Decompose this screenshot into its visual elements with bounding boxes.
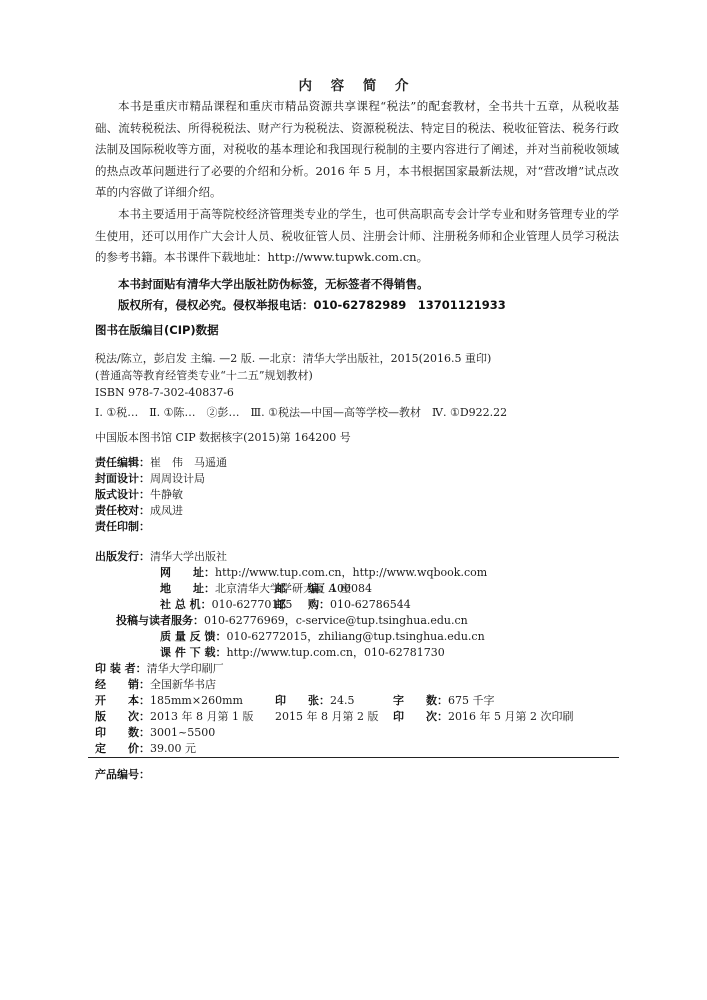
printer-label: 印 装 者： xyxy=(95,662,147,675)
intro-paragraph-2: 本书主要适用于高等院校经济管理类专业的学生，也可供高职高专会计学专业和财务管理专… xyxy=(95,204,619,269)
cip-heading: 图书在版编目(CIP)数据 xyxy=(95,322,619,338)
cip-title-line: 税法/陈立，彭启发 主编. —2 版. —北京：清华大学出版社，2015(201… xyxy=(95,350,619,367)
quality-feedback-label: 质 量 反 馈： xyxy=(160,630,227,643)
switchboard-row: 社 总 机：010-62770175 邮 购：010-62786544 xyxy=(95,597,619,613)
product-number-label: 产品编号： xyxy=(95,768,150,781)
intro-paragraph-1: 本书是重庆市精品课程和重庆市精品资源共享课程“税法”的配套教材，全书共十五章，从… xyxy=(95,96,619,204)
price-row: 定 价：39.00 元 xyxy=(95,741,619,757)
edition-value-2: 2015 年 8 月第 2 版 xyxy=(275,709,378,725)
courseware-label: 课 件 下 载： xyxy=(160,646,227,659)
impression-value: 2016 年 5 月第 2 次印刷 xyxy=(448,710,573,723)
staff-value: 崔 伟 马遥通 xyxy=(150,456,227,469)
address-row: 地 址：北京清华大学学研大厦 A 座 邮 编：100084 xyxy=(95,581,619,597)
intro-body: 本书是重庆市精品课程和重庆市精品资源共享课程“税法”的配套教材，全书共十五章，从… xyxy=(95,96,619,269)
sheets-value: 24.5 xyxy=(330,694,355,707)
mailorder-value: 010-62786544 xyxy=(330,598,411,611)
staff-label: 责任校对： xyxy=(95,504,150,517)
staff-value: 牛静敏 xyxy=(150,488,183,501)
staff-label: 封面设计： xyxy=(95,472,150,485)
quality-feedback-row: 质 量 反 馈：010-62772015，zhiliang@tup.tsingh… xyxy=(95,629,619,645)
staff-row-proofreader: 责任校对：成凤进 xyxy=(95,503,619,519)
staff-row-cover-design: 封面设计：周周设计局 xyxy=(95,471,619,487)
staff-row-layout-design: 版式设计：牛静敏 xyxy=(95,487,619,503)
mailorder-label: 邮 购： xyxy=(275,598,330,611)
reader-service-row: 投稿与读者服务：010-62776969，c-service@tup.tsing… xyxy=(95,613,619,629)
distributor-value: 全国新华书店 xyxy=(150,678,216,691)
warning-line-2: 版权所有，侵权必究。侵权举报电话：010-62782989 1370112193… xyxy=(95,295,619,316)
zip-value: 100084 xyxy=(330,582,372,595)
format-value: 185mm×260mm xyxy=(150,694,243,707)
printer-value: 清华大学印刷厂 xyxy=(147,662,224,675)
publisher-name: 清华大学出版社 xyxy=(150,550,227,563)
print-run-value: 3001~5500 xyxy=(150,726,215,739)
edition-row: 版 次：2013 年 8 月第 1 版 2015 年 8 月第 2 版 印 次：… xyxy=(95,709,619,725)
reader-service-label: 投稿与读者服务： xyxy=(116,614,204,627)
anti-piracy-notice: 本书封面贴有清华大学出版社防伪标签，无标签者不得销售。 版权所有，侵权必究。侵权… xyxy=(95,274,619,316)
cip-isbn: ISBN 978-7-302-40837-6 xyxy=(95,384,619,401)
impression-label: 印 次： xyxy=(393,710,448,723)
cip-record-block: 税法/陈立，彭启发 主编. —2 版. —北京：清华大学出版社，2015(201… xyxy=(95,350,619,401)
divider-rule xyxy=(88,757,619,758)
staff-label: 责任编辑： xyxy=(95,456,150,469)
price-value: 39.00 元 xyxy=(150,742,196,755)
staff-value: 周周设计局 xyxy=(150,472,205,485)
copyright-page: 内 容 简 介 本书是重庆市精品课程和重庆市精品资源共享课程“税法”的配套教材，… xyxy=(0,0,707,1000)
sheets-label: 印 张： xyxy=(275,694,330,707)
staff-row-print-supervisor: 责任印制： xyxy=(95,519,619,535)
switchboard-label: 社 总 机： xyxy=(160,598,212,611)
cip-series-line: (普通高等教育经管类专业“十二五”规划教材) xyxy=(95,367,619,384)
staff-credits: 责任编辑：崔 伟 马遥通 封面设计：周周设计局 版式设计：牛静敏 责任校对：成凤… xyxy=(95,455,619,535)
cip-classification: Ⅰ. ①税… Ⅱ. ①陈… ②彭… Ⅲ. ①税法—中国—高等学校—教材 Ⅳ. ①… xyxy=(95,404,619,420)
publisher-label: 出版发行： xyxy=(95,550,150,563)
staff-value: 成凤进 xyxy=(150,504,183,517)
zip-label: 邮 编： xyxy=(275,582,330,595)
website-label: 网 址： xyxy=(160,566,215,579)
courseware-value: http://www.tup.com.cn，010-62781730 xyxy=(227,646,445,659)
print-run-row: 印 数：3001~5500 xyxy=(95,725,619,741)
warning-line-1: 本书封面贴有清华大学出版社防伪标签，无标签者不得销售。 xyxy=(95,274,619,295)
website-value: http://www.tup.com.cn，http://www.wqbook.… xyxy=(215,566,487,579)
distributor-label: 经 销： xyxy=(95,678,150,691)
product-number-row: 产品编号： xyxy=(95,766,619,782)
print-run-label: 印 数： xyxy=(95,726,150,739)
printer-row: 印 装 者：清华大学印刷厂 xyxy=(95,661,619,677)
staff-row-editor: 责任编辑：崔 伟 马遥通 xyxy=(95,455,619,471)
staff-label: 责任印制： xyxy=(95,520,150,533)
staff-label: 版式设计： xyxy=(95,488,150,501)
wordcount-value: 675 千字 xyxy=(448,694,495,707)
address-label: 地 址： xyxy=(160,582,215,595)
distributor-row: 经 销：全国新华书店 xyxy=(95,677,619,693)
reader-service-value: 010-62776969，c-service@tup.tsinghua.edu.… xyxy=(204,614,468,627)
edition-value-1: 2013 年 8 月第 1 版 xyxy=(150,710,253,723)
publisher-block: 出版发行：清华大学出版社 网 址：http://www.tup.com.cn，h… xyxy=(95,549,619,757)
intro-title: 内 容 简 介 xyxy=(95,74,619,94)
edition-label: 版 次： xyxy=(95,710,150,723)
courseware-row: 课 件 下 载：http://www.tup.com.cn，010-627817… xyxy=(95,645,619,661)
quality-feedback-value: 010-62772015，zhiliang@tup.tsinghua.edu.c… xyxy=(227,630,485,643)
website-row: 网 址：http://www.tup.com.cn，http://www.wqb… xyxy=(95,565,619,581)
format-row: 开 本：185mm×260mm 印 张：24.5 字 数：675 千字 xyxy=(95,693,619,709)
price-label: 定 价： xyxy=(95,742,150,755)
wordcount-label: 字 数： xyxy=(393,694,448,707)
cip-record-number: 中国版本图书馆 CIP 数据核字(2015)第 164200 号 xyxy=(95,429,619,445)
format-label: 开 本： xyxy=(95,694,150,707)
publisher-row: 出版发行：清华大学出版社 xyxy=(95,549,619,565)
